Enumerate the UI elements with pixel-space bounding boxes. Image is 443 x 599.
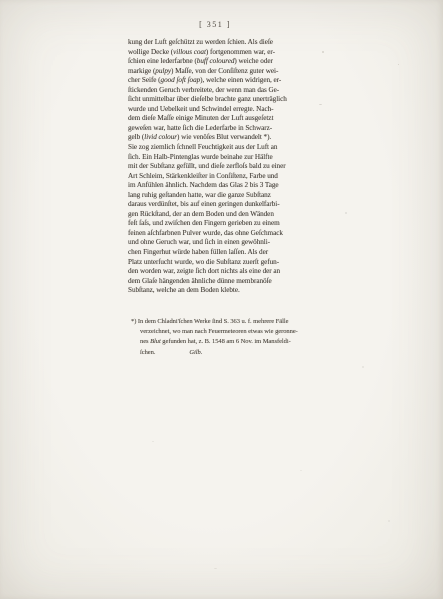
text-segment: Subſtanz, welche an dem Boden klebte.	[128, 286, 240, 294]
scan-speck	[319, 104, 322, 105]
italic-text-segment: buff coloured	[197, 57, 235, 65]
text-segment: mit der Subſtanz gefüllt, und dieſe zerf…	[128, 162, 286, 170]
scan-speck	[398, 64, 399, 65]
text-line: Art Schleim, Stärkenkleiſter in Conſiſte…	[128, 172, 318, 182]
text-segment: Sie zog ziemlich ſchnell Feuchtigkeit au…	[128, 143, 277, 151]
text-line: cher Seife (good ſoft ſoap), welche eine…	[128, 76, 318, 86]
italic-text-segment: Blut	[150, 338, 161, 345]
text-segment: im Anfühlen ähnlich. Nachdem das Glas 2 …	[128, 181, 279, 189]
text-segment: ſicht unmittelbar über dieſelbe brachte …	[128, 95, 287, 103]
text-line: nes Blut gefunden hat, z. B. 1548 am 6 N…	[131, 337, 326, 347]
scan-speck	[300, 470, 302, 471]
text-line: ſtickenden Geruch verbreitete, der wenn …	[128, 86, 318, 96]
italic-text-segment: villous coat	[173, 48, 206, 56]
text-line: Sie zog ziemlich ſchnell Feuchtigkeit au…	[128, 143, 318, 153]
italic-text-segment: pulpy	[155, 67, 171, 75]
text-segment: markige (	[128, 67, 155, 75]
text-segment: wollige Decke (	[128, 48, 173, 56]
text-segment: ) Maſſe, von der Conſiſtenz guter wei-	[171, 67, 278, 75]
text-line: daraus verdünſtet, bis auf einen geringe…	[128, 200, 318, 210]
text-segment: gefunden hat, z. B. 1548 am 6 Nov. im Ma…	[161, 338, 291, 345]
text-segment: gen Rückſtand, der an dem Boden und den …	[128, 210, 274, 218]
text-line: kung der Luft geſchützt zu werden ſchien…	[128, 38, 318, 48]
text-segment: ) fortgenommen war, er-	[206, 48, 275, 56]
text-segment: gelb (	[128, 133, 144, 141]
text-segment: ſchen.	[140, 349, 155, 356]
text-line: ſicht unmittelbar über dieſelbe brachte …	[128, 95, 318, 105]
text-segment: den worden war, zeigte ſich dort nichts …	[128, 267, 280, 275]
text-line: den worden war, zeigte ſich dort nichts …	[128, 267, 318, 277]
text-segment: feinen aſchfarbnen Pulver wurde, das ohn…	[128, 229, 283, 237]
text-segment: dem Glaſe hängenden ähnliche dünne membr…	[128, 277, 272, 285]
text-line: im Anfühlen ähnlich. Nachdem das Glas 2 …	[128, 181, 318, 191]
text-line: chen Fingerhut würde haben füllen laſſen…	[128, 248, 318, 258]
text-line: lang ruhig geſtanden hatte, war die ganz…	[128, 191, 318, 201]
text-segment: verzeichnet, wo man nach Feuermeteoren e…	[140, 328, 298, 335]
text-segment: Platz unterſucht wurde, wo die Subſtanz …	[128, 258, 279, 266]
text-segment: *) In dem Chladni'ſchen Werke ſind S. 36…	[131, 318, 288, 325]
body-text-block: kung der Luft geſchützt zu werden ſchien…	[128, 38, 318, 296]
text-line: dem Glaſe hängenden ähnliche dünne membr…	[128, 277, 318, 287]
scanned-book-page: [ 351 ] kung der Luft geſchützt zu werde…	[0, 0, 443, 599]
text-line: wurde und Uebelkeit und Schwindel erregt…	[128, 105, 318, 115]
italic-text-segment: good ſoft ſoap	[161, 76, 201, 84]
scan-speck	[152, 441, 154, 442]
text-line: gelb (livid colour) wie venöſes Blut ver…	[128, 133, 318, 143]
italic-text-segment: livid colour	[144, 133, 177, 141]
text-segment: ) wie venöſes Blut verwandelt *).	[177, 133, 271, 141]
text-segment: cher Seife (	[128, 76, 161, 84]
text-line: feſt ſaſs, und zwiſchen den Fingern geri…	[128, 219, 318, 229]
text-line: ſich. Ein Halb-Pintenglas wurde beinahe …	[128, 153, 318, 163]
scan-speck	[345, 212, 347, 214]
text-segment: dem dieſe Maſſe einige Minuten der Luft …	[128, 114, 273, 122]
text-segment: ) weiche oder	[234, 57, 272, 65]
scan-speck	[322, 51, 324, 53]
text-segment: chen Fingerhut würde haben füllen laſſen…	[128, 248, 268, 256]
text-segment: feſt ſaſs, und zwiſchen den Fingern geri…	[128, 219, 280, 227]
italic-text-segment: Gilb.	[189, 349, 202, 356]
text-segment: daraus verdünſtet, bis auf einen geringe…	[128, 200, 280, 208]
text-segment: ſich. Ein Halb-Pintenglas wurde beinahe …	[128, 153, 273, 161]
text-segment: wurde und Uebelkeit und Schwindel erregt…	[128, 105, 274, 113]
text-segment: kung der Luft geſchützt zu werden ſchien…	[128, 38, 273, 46]
text-line: verzeichnet, wo man nach Feuermeteoren e…	[131, 327, 326, 337]
text-line: und ohne Geruch war, und ſich in einen g…	[128, 238, 318, 248]
text-line: mit der Subſtanz gefüllt, und dieſe zerf…	[128, 162, 318, 172]
text-line: *) In dem Chladni'ſchen Werke ſind S. 36…	[131, 317, 326, 327]
scan-speck	[362, 366, 364, 368]
text-segment: geweſen war, hatte ſich die Lederfarbe i…	[128, 124, 272, 132]
text-line: wollige Decke (villous coat) fortgenomme…	[128, 48, 318, 58]
text-segment: ), welche einen widrigen, er-	[200, 76, 281, 84]
text-segment: ſtickenden Geruch verbreitete, der wenn …	[128, 86, 279, 94]
text-segment: lang ruhig geſtanden hatte, war die ganz…	[128, 191, 271, 199]
text-line: ſchien eine lederfarbne (buff coloured) …	[128, 57, 318, 67]
text-line: Platz unterſucht wurde, wo die Subſtanz …	[128, 258, 318, 268]
text-line: dem dieſe Maſſe einige Minuten der Luft …	[128, 114, 318, 124]
text-segment: und ohne Geruch war, und ſich in einen g…	[128, 238, 270, 246]
text-line: Subſtanz, welche an dem Boden klebte.	[128, 286, 318, 296]
page-number: [ 351 ]	[120, 20, 310, 29]
footnote-block: *) In dem Chladni'ſchen Werke ſind S. 36…	[131, 317, 326, 358]
text-line: gen Rückſtand, der an dem Boden und den …	[128, 210, 318, 220]
text-line: ſchen.Gilb.	[131, 348, 326, 358]
text-segment: ſchien eine lederfarbne (	[128, 57, 197, 65]
text-segment: Art Schleim, Stärkenkleiſter in Conſiſte…	[128, 172, 278, 180]
scan-speck	[214, 568, 217, 569]
text-segment: nes	[140, 338, 150, 345]
scan-speck	[388, 520, 390, 522]
text-line: markige (pulpy) Maſſe, von der Conſiſten…	[128, 67, 318, 77]
